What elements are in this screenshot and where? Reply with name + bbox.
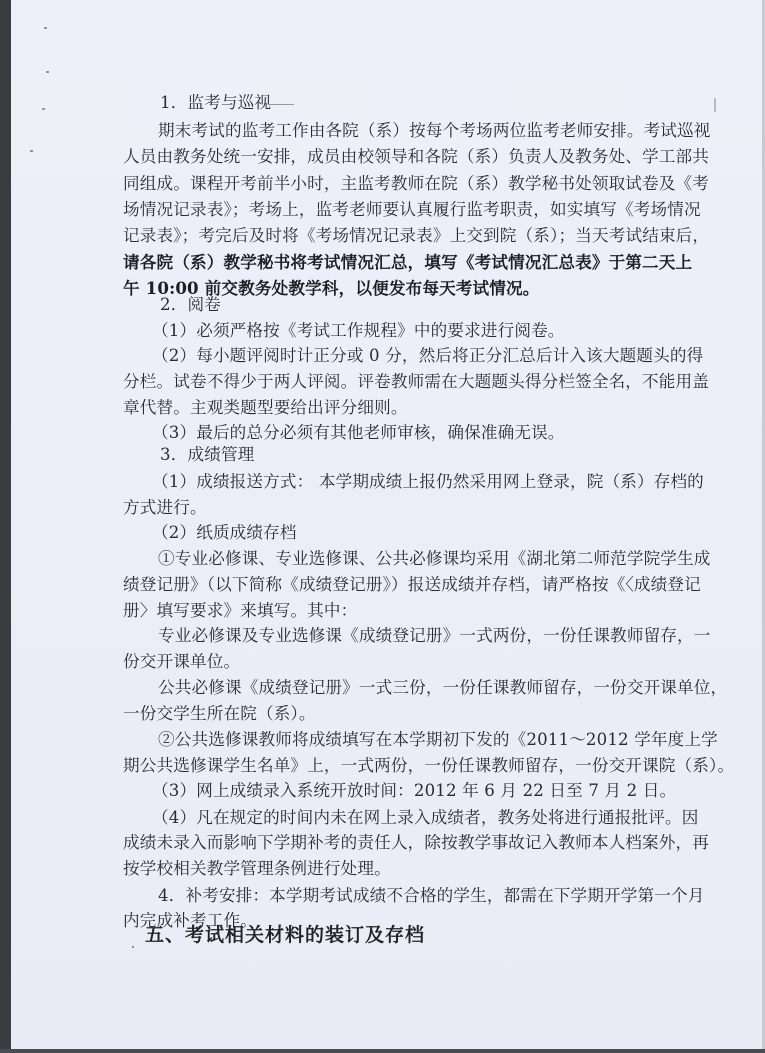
paragraph-line: 期末考试的监考工作由各院（系）按每个考场两位监考老师安排。考试巡视 [158, 120, 663, 142]
paragraph-line: 分栏。试卷不得少于两人评阅。评卷教师需在大题题头得分栏签全名，不能用盖 [123, 371, 663, 393]
scan-speck [42, 108, 45, 110]
scan-speck [46, 71, 49, 73]
paragraph-line: ①专业必修课、专业选修课、公共必修课均采用《湖北第二师范学院学生成 [158, 548, 663, 570]
paragraph-line: 4．补考安排：本学期考试成绩不合格的学生，都需在下学期开学第一个月 [158, 885, 663, 907]
paragraph-line: 份交开课单位。 [123, 651, 663, 673]
paragraph-line: 同组成。课程开考前半小时，主监考教师在院（系）教学秘书处领取试卷及《考 [123, 173, 663, 195]
paragraph-line: 期公共选修课学生名单》上，一式两份，一份任课教师留存，一份交开课院（系）。 [123, 755, 663, 777]
subsection-heading-grades: 3．成绩管理 [160, 444, 700, 466]
scan-speck [132, 946, 134, 948]
paragraph-line: （3）最后的总分必须有其他老师审核，确保准确无误。 [152, 422, 692, 444]
paragraph-line: （1）成绩报送方式： 本学期成绩上报仍然采用网上登录，院（系）存档的 [152, 471, 663, 493]
paragraph-line: 绩登记册》（以下简称《成绩登记册》）报送成绩并存档，请严格按《〈成绩登记 [123, 574, 663, 596]
subsection-heading-invigilation: 1．监考与巡视 [160, 92, 700, 114]
section-heading-binding-archiving: 五、考试相关材料的装订及存档 [145, 920, 425, 947]
paragraph-line: 章代替。主观类题型要给出评分细则。 [123, 397, 663, 419]
scan-bottom-border [0, 1049, 765, 1053]
paragraph-line-bold: 请各院（系）教学秘书将考试情况汇总，填写《考试情况汇总表》于第二天上 [123, 251, 663, 273]
subsection-heading-marking: 2．阅卷 [160, 294, 700, 316]
paragraph-line: （4）凡在规定的时间内未在网上录入成绩者，教务处将进行通报批评。因 [152, 807, 663, 829]
scan-speck [44, 27, 47, 29]
paragraph-line: 一份交学生所在院（系）。 [123, 703, 663, 725]
paragraph-line: 公共必修课《成绩登记册》一式三份，一份任课教师留存，一份交开课单位， [158, 677, 663, 699]
paragraph-line: 记录表》；考完后及时将《考场情况记录表》上交到院（系）；当天考试结束后， [123, 225, 663, 247]
paragraph-line: （1）必须严格按《考试工作规程》中的要求进行阅卷。 [152, 320, 692, 342]
paragraph-line: 册〉填写要求》来填写。其中： [123, 600, 663, 622]
scan-left-border [0, 0, 11, 1053]
paragraph-line: 按学校相关教学管理条例进行处理。 [123, 858, 663, 880]
paragraph-line: （2）纸质成绩存档 [152, 522, 692, 544]
paragraph-line: （3）网上成绩录入系统开放时间：2012 年 6 月 22 日至 7 月 2 日… [152, 780, 692, 802]
paragraph-line: 场情况记录表》；考场上，监考老师要认真履行监考职责，如实填写《考场情况 [123, 199, 663, 221]
paragraph-line: （2）每小题评阅时计正分或 0 分，然后将正分汇总后计入该大题题头的得 [152, 345, 663, 367]
paragraph-line: 方式进行。 [123, 497, 663, 519]
paragraph-line: 人员由教务处统一安排，成员由校领导和各院（系）负责人及教务处、学工部共 [123, 146, 663, 168]
paragraph-line: 成绩未录入而影响下学期补考的责任人，除按教学事故记入教师本人档案外，再 [123, 832, 663, 854]
paragraph-line: 专业必修课及专业选修课《成绩登记册》一式两份，一份任课教师留存，一 [158, 625, 663, 647]
scan-speck [714, 98, 716, 112]
scan-speck [30, 150, 33, 152]
paragraph-line: ②公共选修课教师将成绩填写在本学期初下发的《2011～2012 学年度上学 [158, 729, 663, 751]
